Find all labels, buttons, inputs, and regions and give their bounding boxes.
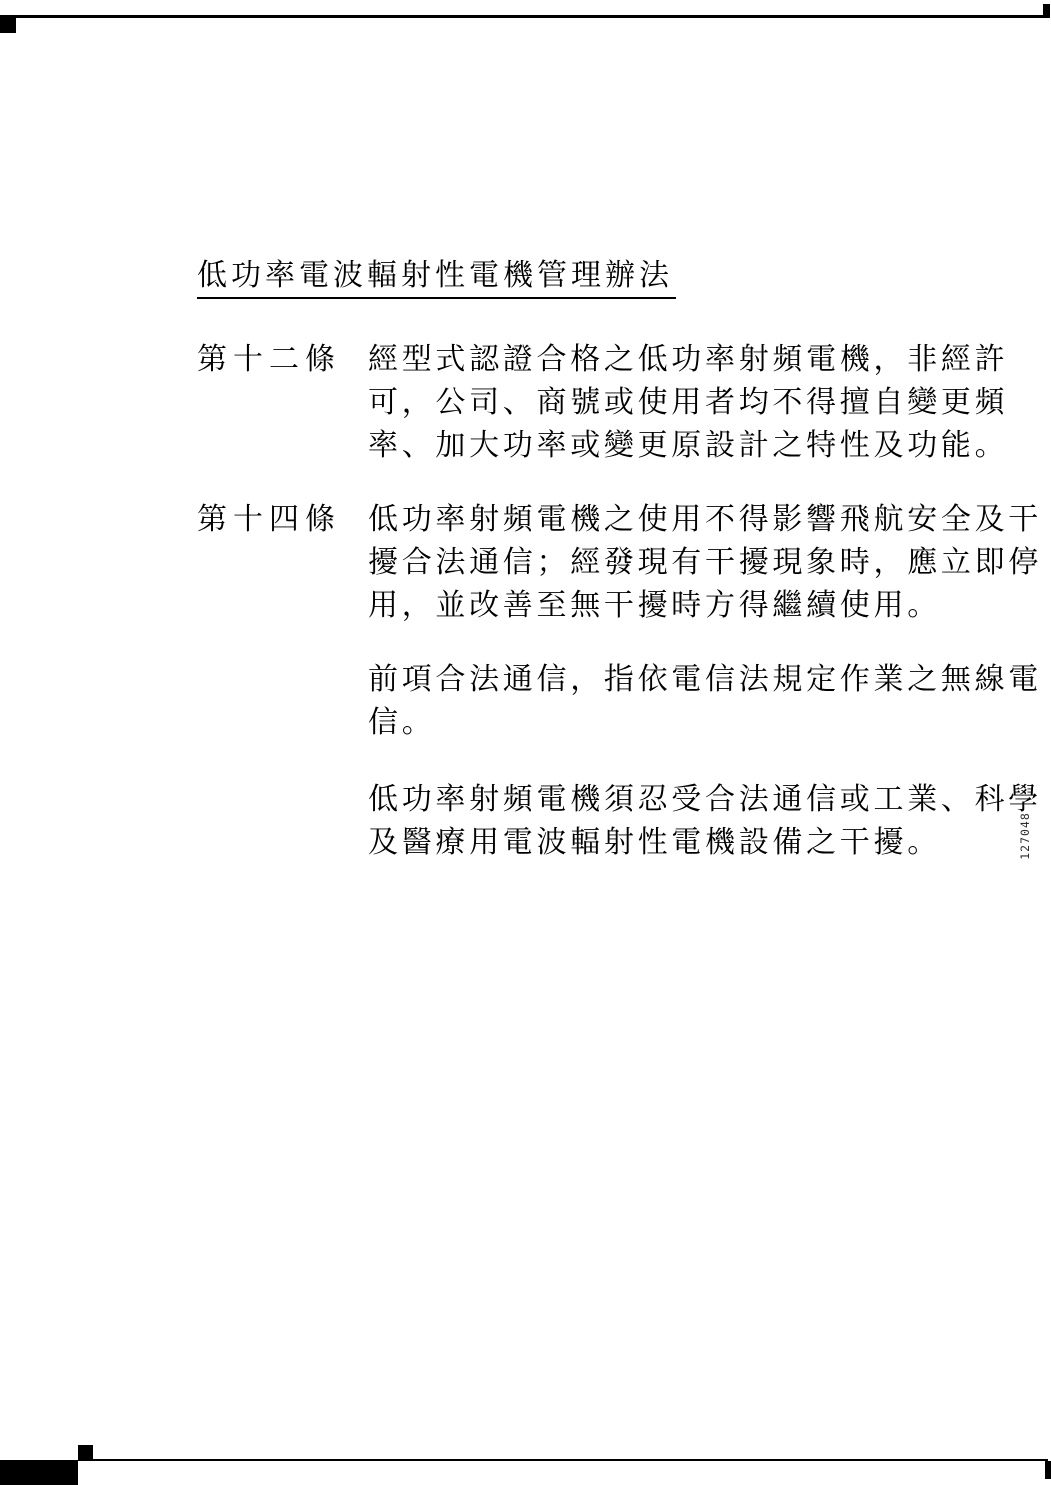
bottom-rule-line — [92, 1459, 1048, 1461]
article-number-label: 第十二條 — [197, 338, 341, 381]
text-line: 前項合法通信，指依電信法規定作業之無線電 — [368, 658, 1051, 701]
sideways-document-number: 127048 — [1018, 806, 1032, 866]
article-body: 經型式認證合格之低功率射頻電機，非經許 可，公司、商號或使用者均不得擅自變更頻 … — [368, 338, 1051, 467]
text-line: 經型式認證合格之低功率射頻電機，非經許 — [368, 338, 1051, 381]
text-line: 率、加大功率或變更原設計之特性及功能。 — [368, 424, 1051, 467]
top-left-registration-mark — [0, 17, 16, 33]
text-line: 低功率射頻電機須忍受合法通信或工業、科學 — [368, 778, 1051, 821]
bottom-left-registration-square — [78, 1445, 93, 1461]
article-body: 前項合法通信，指依電信法規定作業之無線電 信。 — [368, 658, 1051, 744]
article-body: 低功率射頻電機之使用不得影響飛航安全及干 擾合法通信；經發現有干擾現象時，應立即… — [368, 498, 1051, 627]
page-title: 低功率電波輻射性電機管理辦法 — [197, 258, 676, 299]
article-number-label: 第十四條 — [197, 498, 341, 541]
bottom-left-registration-bar — [0, 1460, 78, 1485]
text-line: 用，並改善至無干擾時方得繼續使用。 — [368, 584, 1051, 627]
text-line: 低功率射頻電機之使用不得影響飛航安全及干 — [368, 498, 1051, 541]
article-body: 低功率射頻電機須忍受合法通信或工業、科學 及醫療用電波輻射性電機設備之干擾。 — [368, 778, 1051, 864]
text-line: 信。 — [368, 701, 1051, 744]
text-line: 可，公司、商號或使用者均不得擅自變更頻 — [368, 381, 1051, 424]
top-rule-line — [0, 15, 1049, 18]
text-line: 及醫療用電波輻射性電機設備之干擾。 — [368, 821, 1051, 864]
top-right-crop-mark — [1043, 4, 1050, 18]
text-line: 擾合法通信；經發現有干擾現象時，應立即停 — [368, 541, 1051, 584]
bottom-right-crop-mark — [1045, 1461, 1051, 1479]
document-page: 低功率電波輻射性電機管理辦法 第十二條 經型式認證合格之低功率射頻電機，非經許 … — [0, 0, 1051, 1485]
